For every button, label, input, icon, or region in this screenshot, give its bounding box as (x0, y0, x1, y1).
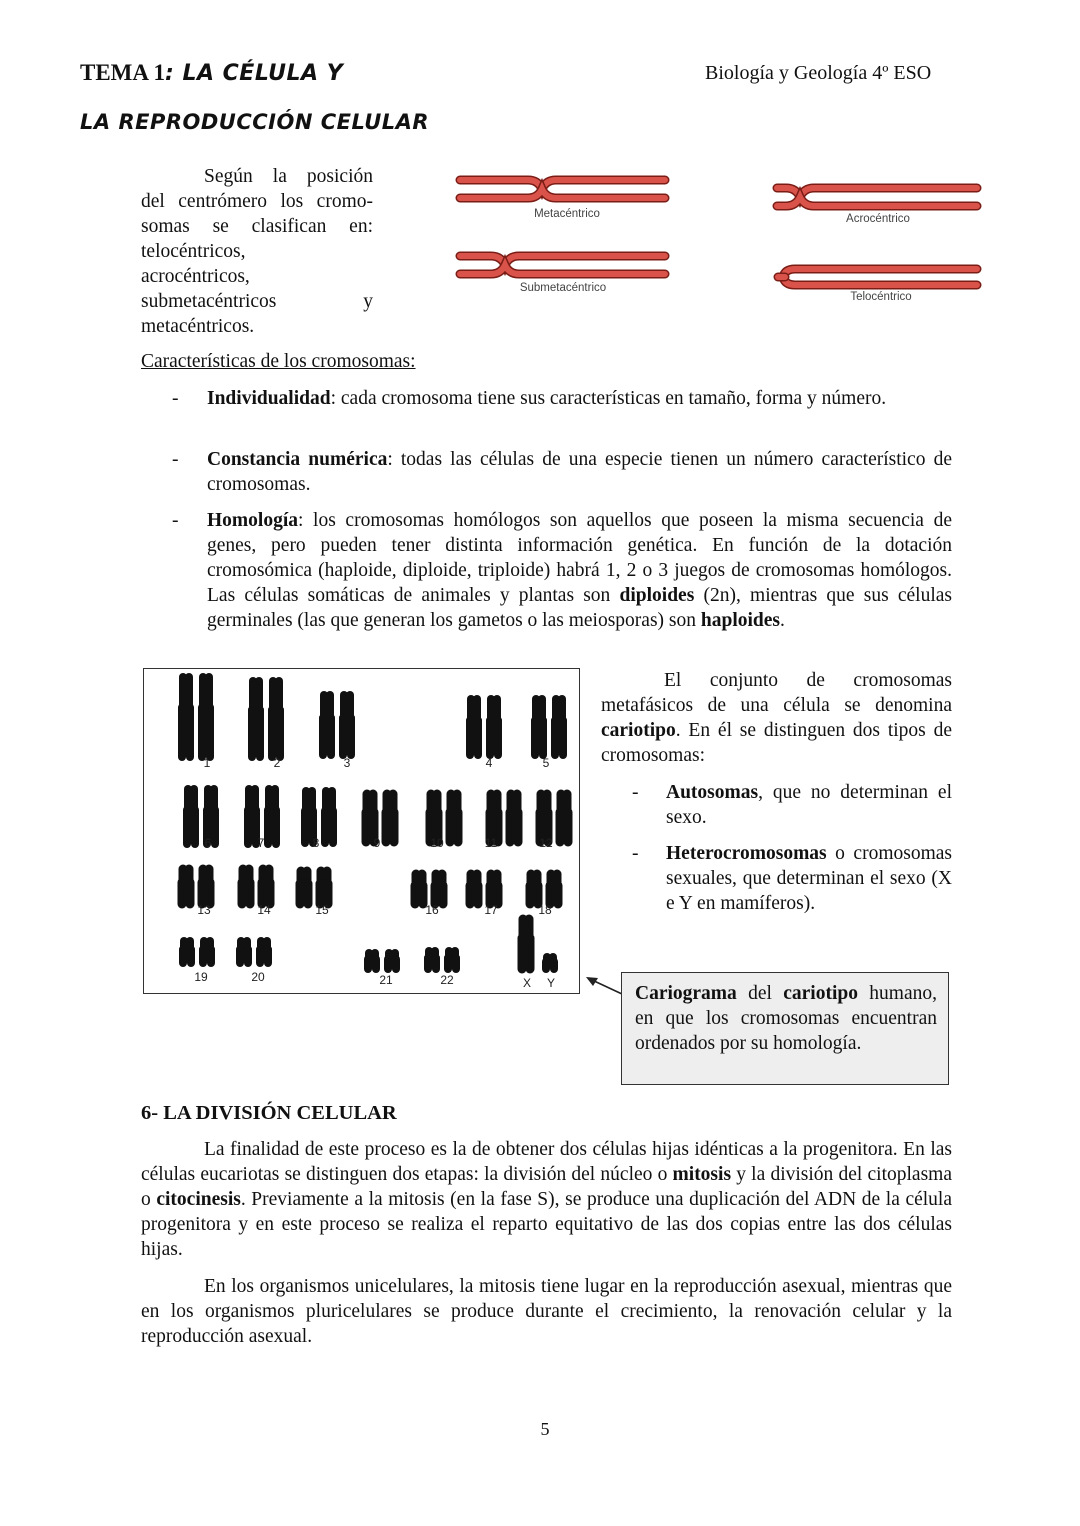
chromosome-number-label: 18 (538, 903, 552, 917)
chromosome-number-label: 4 (486, 756, 493, 770)
karyogram-caption: Cariograma del cariotipo humano, en que … (621, 972, 949, 1085)
intro-line: telocéntricos, (141, 239, 373, 264)
bullet-dash: - (172, 508, 179, 533)
term-cariotipo: cariotipo (601, 720, 676, 741)
term: Heterocromosomas (666, 843, 827, 864)
chromosome-number-label: 21 (379, 973, 393, 987)
intro-line: acrocéntricos, (141, 264, 373, 289)
intro-line: Según la posición (141, 164, 373, 189)
division-paragraph-2: En los organismos unicelulares, la mitos… (141, 1274, 952, 1349)
chromosome-number-label: 13 (197, 903, 211, 917)
chromosome-number-label: 2 (274, 756, 281, 770)
chromosome-number-label: 5 (543, 756, 550, 770)
title-line-1: : LA CÉLULA Y (165, 61, 343, 86)
chromosome-number-label: X (523, 976, 531, 990)
chromosome-number-label: 12 (539, 836, 553, 850)
intro-line: metacéntricos. (141, 314, 373, 339)
intro-line: submetacéntricos y (141, 289, 373, 314)
title-line-2: LA REPRODUCCIÓN CELULAR (80, 110, 429, 134)
label-telocentric: Telocéntrico (850, 291, 911, 303)
chromosome-number-label: 8 (313, 836, 320, 850)
chromosome-number-label: 7 (258, 836, 265, 850)
term: Individualidad (207, 388, 331, 409)
bullet-dash: - (172, 447, 179, 472)
chromosome-number-label: 10 (430, 836, 444, 850)
intro-paragraph: Según la posición del centrómero los cro… (141, 164, 373, 339)
chromosome-types-figure: Metacéntrico Submetacéntrico Acrocéntric… (445, 165, 1035, 310)
chromosome-number-label: 3 (344, 756, 351, 770)
chromosome-number-label: 15 (315, 903, 329, 917)
chromosome-number-label: 6 (205, 836, 212, 850)
intro-line: del centrómero los cromo- (141, 189, 373, 214)
characteristics-title: Características de los cromosomas: (141, 349, 416, 374)
term: Homología (207, 510, 298, 531)
chromosome-number-label: Y (547, 976, 555, 990)
text: . Previamente a la mitosis (en la fase S… (141, 1189, 952, 1260)
chromosome-number-label: 22 (440, 973, 454, 987)
type-autosomas: Autosomas, que no determinan el sexo. (666, 780, 952, 830)
text: El conjunto de cromosomas metafásicos de… (601, 670, 952, 716)
cariotipo-paragraph: El conjunto de cromosomas metafásicos de… (601, 668, 952, 768)
text: En los organismos unicelulares, la mitos… (141, 1276, 952, 1347)
section-title: 6- LA DIVISIÓN CELULAR (141, 1102, 397, 1125)
chromosome-number-label: 14 (257, 903, 271, 917)
chromosome-number-label: 9 (374, 836, 381, 850)
tema-label: TEMA 1 (80, 60, 165, 85)
term-haploides: haploides (701, 610, 780, 631)
characteristic-homologia: Homología: los cromosomas homólogos son … (207, 508, 952, 633)
label-submetacentric: Submetacéntrico (520, 282, 606, 294)
term-cariotipo: cariotipo (783, 983, 858, 1004)
page-number: 5 (0, 1419, 1080, 1440)
chromosome-number-label: 11 (485, 836, 498, 850)
chromosome-number-label: 1 (204, 756, 211, 770)
division-paragraph-1: La finalidad de este proceso es la de ob… (141, 1137, 952, 1262)
term-citocinesis: citocinesis (156, 1189, 240, 1210)
term: Autosomas (666, 782, 758, 803)
karyogram-image: 12345678910111213141516171819202122XY (143, 668, 580, 994)
definition: : cada cromosoma tiene sus característic… (331, 388, 887, 409)
term: Constancia numérica (207, 449, 387, 470)
chromosome-types-diagram: Metacéntrico Submetacéntrico Acrocéntric… (445, 165, 1035, 310)
karyogram-drawing: 12345678910111213141516171819202122XY (144, 669, 579, 993)
chromosome-number-label: 20 (251, 970, 265, 984)
definition-part: . (780, 610, 785, 631)
header-title-line-1: TEMA 1: LA CÉLULA Y (80, 60, 343, 86)
label-acrocentric: Acrocéntrico (846, 213, 910, 225)
characteristic-individualidad: Individualidad: cada cromosoma tiene sus… (207, 386, 952, 411)
type-heterocromosomas: Heterocromosomas o cromosomas sexuales, … (666, 841, 952, 916)
term-cariograma: Cariograma (635, 983, 737, 1004)
label-metacentric: Metacéntrico (534, 208, 600, 220)
chromosome-number-label: 17 (484, 903, 498, 917)
bullet-dash: - (632, 841, 639, 866)
subject-label: Biología y Geología 4º ESO (705, 62, 931, 85)
intro-line: somas se clasifican en: (141, 214, 373, 239)
bullet-dash: - (172, 386, 179, 411)
chromosome-number-label: 16 (425, 903, 439, 917)
text: del (737, 983, 783, 1004)
term-diploides: diploides (620, 585, 695, 606)
chromosome-number-label: 19 (194, 970, 208, 984)
bullet-dash: - (632, 780, 639, 805)
characteristic-constancia: Constancia numérica: todas las células d… (207, 447, 952, 497)
term-mitosis: mitosis (673, 1164, 732, 1185)
